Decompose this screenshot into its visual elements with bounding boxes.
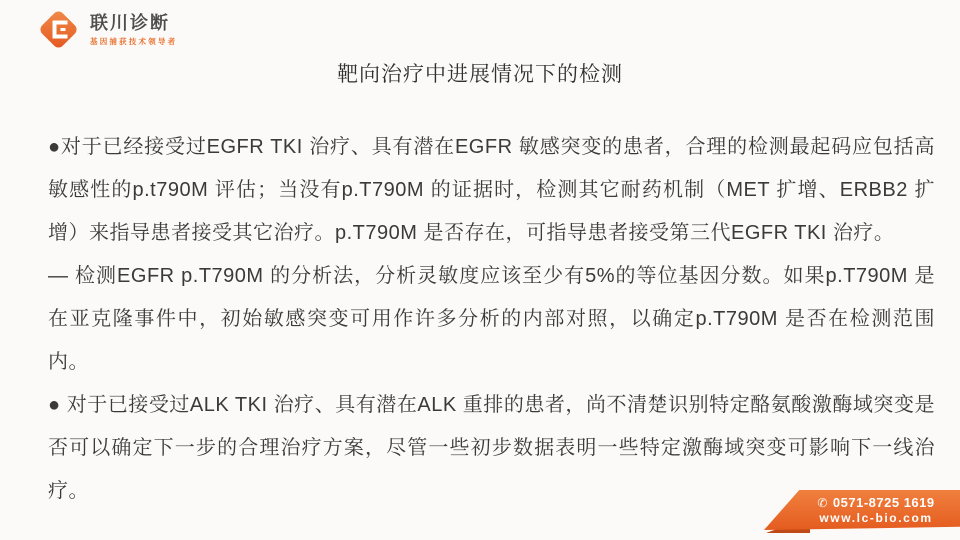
contact-phone: ✆ 0571-8725 1619	[817, 495, 934, 510]
bullet-paragraph-egfr: ●对于已经接受过EGFR TKI 治疗、具有潜在EGFR 敏感突变的患者，合理的…	[48, 126, 935, 255]
logo-name: 联川诊断	[90, 14, 177, 34]
ribbon-body: ✆ 0571-8725 1619 www.lc-bio.com	[764, 490, 960, 530]
logo: 联川诊断 基因捕获技术领导者	[36, 8, 177, 52]
contact-ribbon: ✆ 0571-8725 1619 www.lc-bio.com	[764, 490, 960, 530]
phone-icon: ✆	[817, 497, 828, 509]
sub-paragraph-t790m: — 检测EGFR p.T790M 的分析法，分析灵敏度应该至少有5%的等位基因分…	[48, 255, 935, 384]
logo-tagline: 基因捕获技术领导者	[90, 38, 177, 46]
phone-number: 0571-8725 1619	[833, 495, 935, 510]
website-url: www.lc-bio.com	[819, 511, 932, 525]
logo-icon	[36, 8, 82, 52]
slide-body: ●对于已经接受过EGFR TKI 治疗、具有潜在EGFR 敏感突变的患者，合理的…	[0, 126, 960, 513]
